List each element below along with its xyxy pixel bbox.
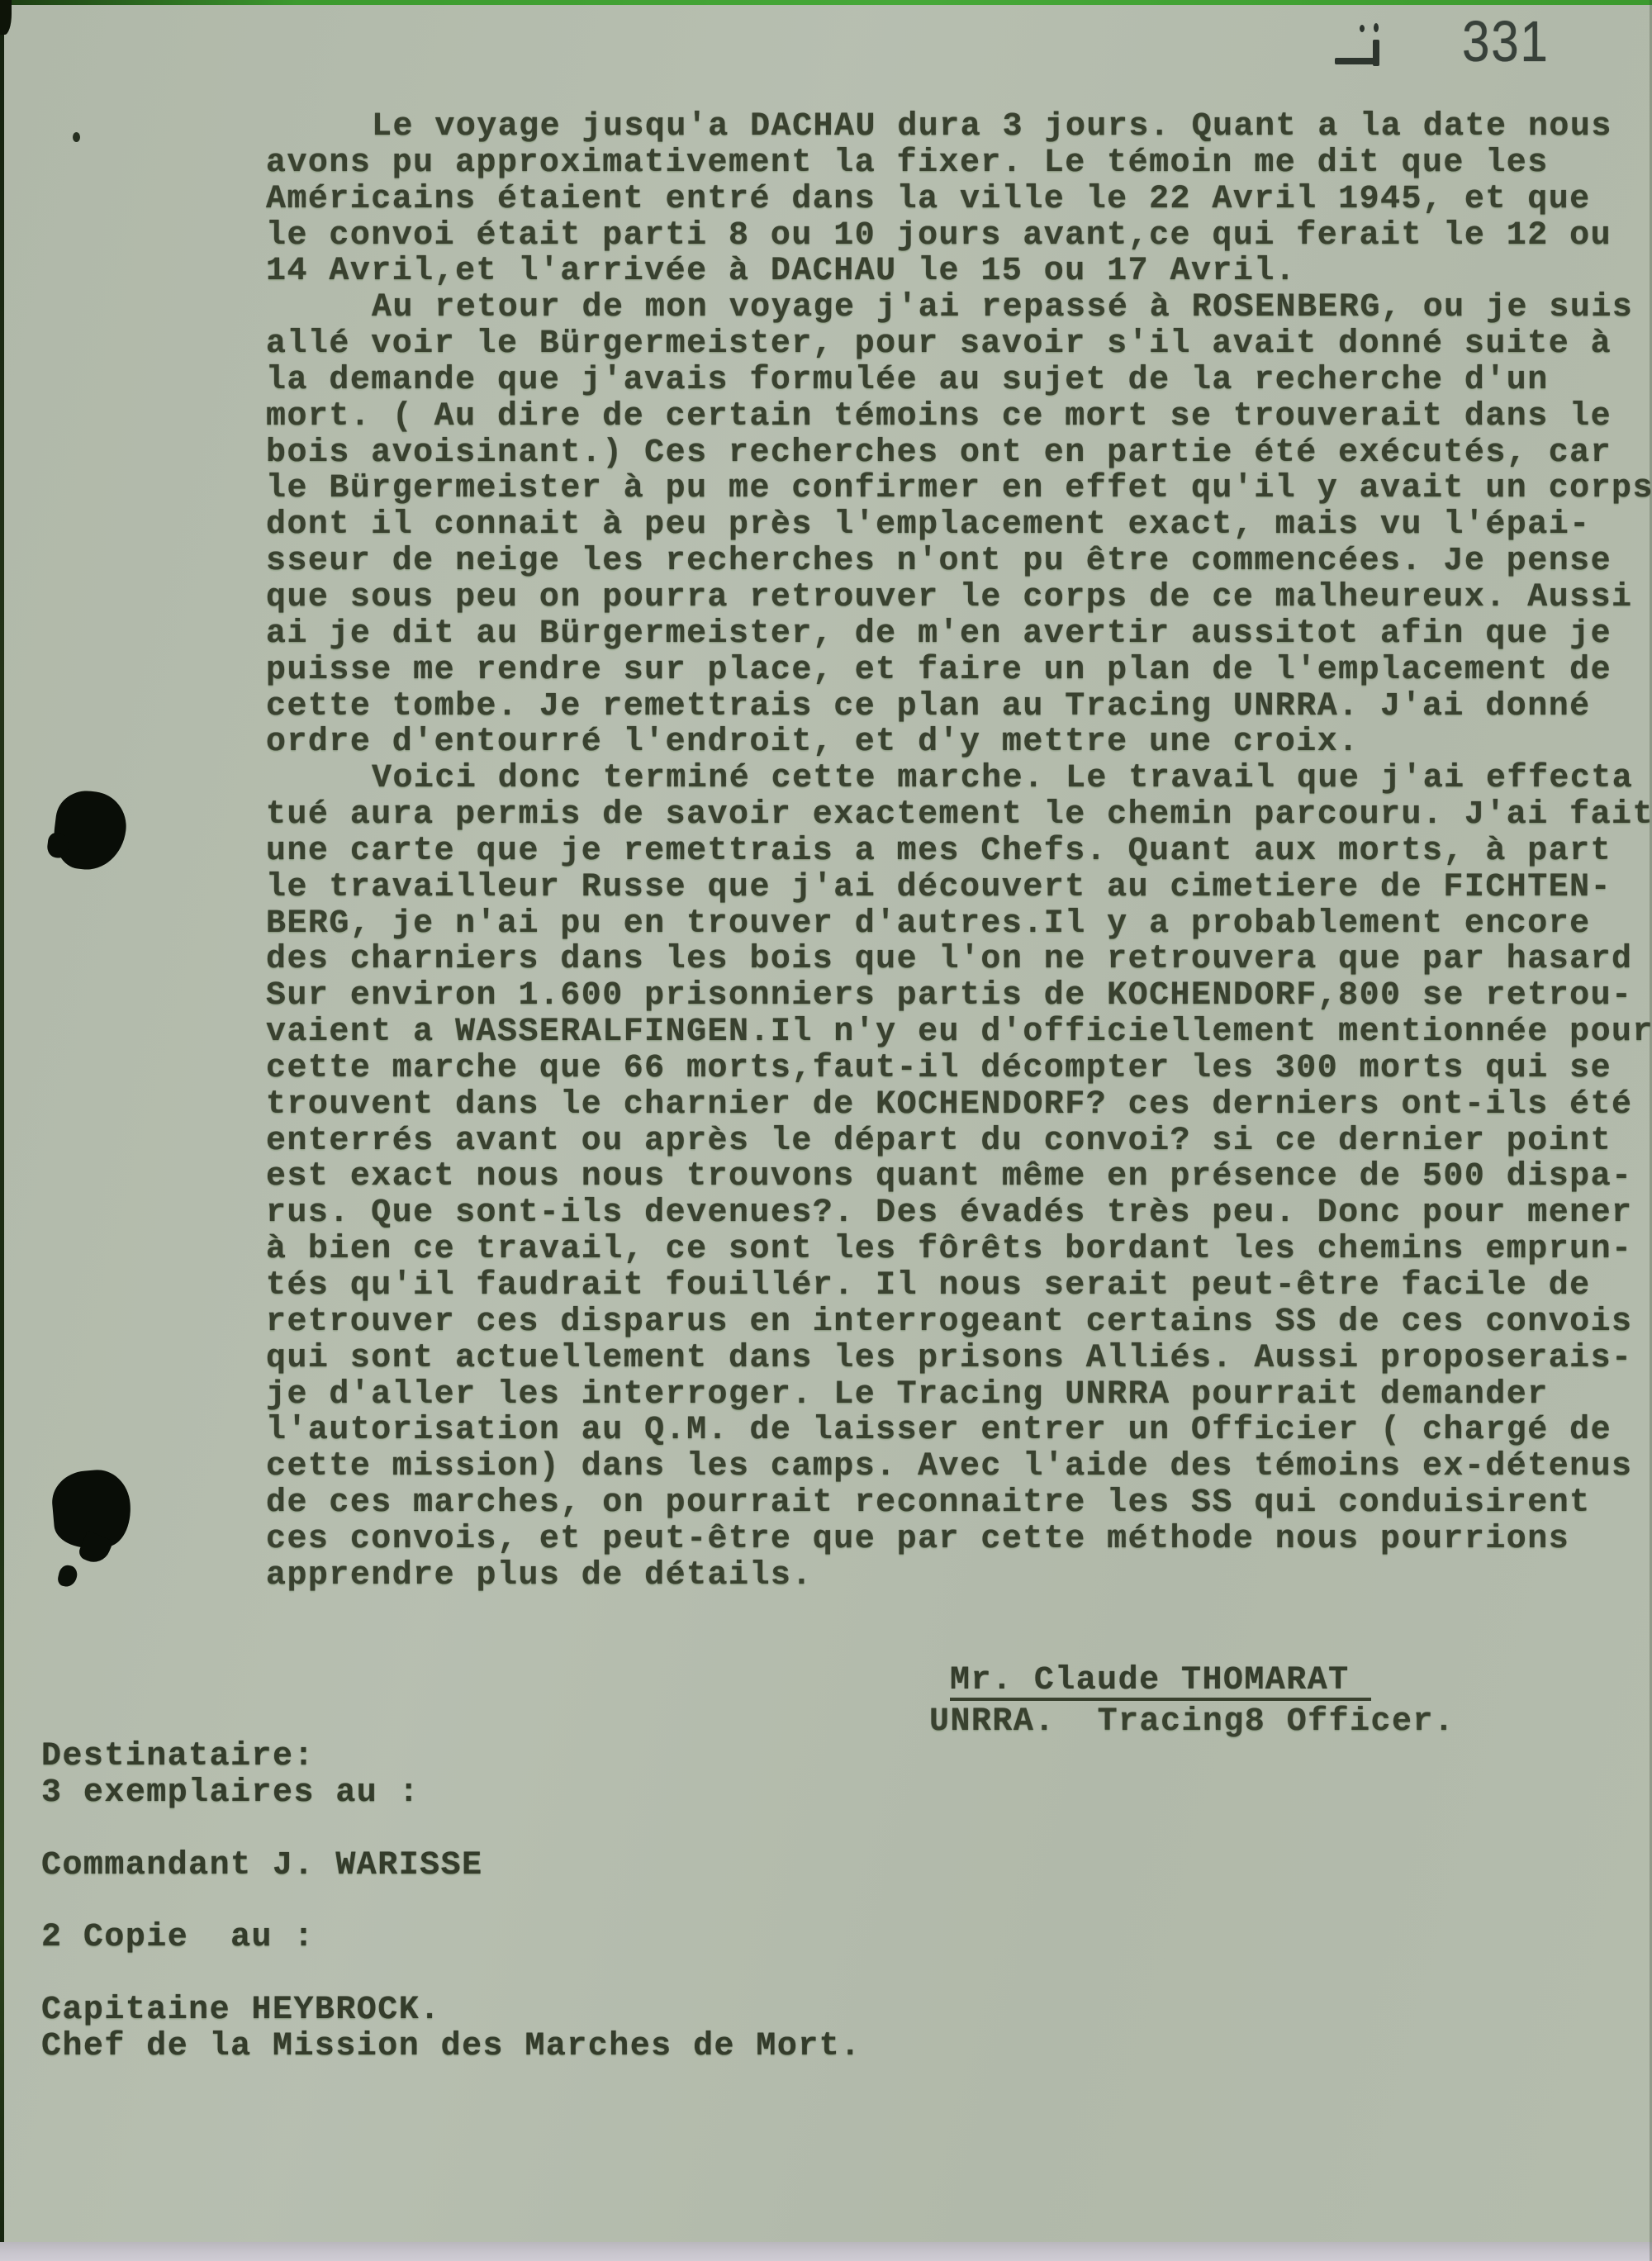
letter-body-line: ai je dit au Bürgermeister, de m'en aver… [266, 615, 1652, 652]
letter-body: Le voyage jusqu'a DACHAU dura 3 jours. Q… [266, 108, 1652, 1594]
letter-body-line: rus. Que sont-ils devenues?. Des évadés … [266, 1195, 1652, 1231]
handwritten-mark-dot [1360, 25, 1365, 32]
letter-body-line: de ces marches, on pourrait reconnaitre … [266, 1484, 1652, 1521]
letter-body-line: retrouver ces disparus en interrogeant c… [266, 1304, 1652, 1340]
letter-body-line: cette marche que 66 morts,faut-il décomp… [266, 1050, 1652, 1086]
letter-body-line: 14 Avril,et l'arrivée à DACHAU le 15 ou … [266, 253, 1652, 289]
letter-body-line: Le voyage jusqu'a DACHAU dura 3 jours. Q… [266, 108, 1652, 145]
letter-body-line: le travailleur Russe que j'ai découvert … [266, 869, 1652, 905]
letter-body-line: cette tombe. Je remettrais ce plan au Tr… [266, 688, 1652, 724]
letter-body-line: Américains étaient entré dans la ville l… [266, 181, 1652, 217]
distribution-line [41, 1811, 862, 1847]
distribution-line [41, 1883, 862, 1919]
letter-body-line: le convoi était parti 8 ou 10 jours avan… [266, 217, 1652, 254]
letter-body-line: qui sont actuellement dans les prisons A… [266, 1340, 1652, 1376]
letter-body-line: puisse me rendre sur place, et faire un … [266, 652, 1652, 688]
distribution-line: 3 exemplaires au : [41, 1774, 862, 1811]
handwritten-mark-bar [1335, 58, 1378, 64]
letter-body-line: ordre d'entourré l'endroit, et d'y mettr… [266, 724, 1652, 760]
scan-corner-top-left [0, 0, 12, 35]
letter-body-line: enterrés avant ou après le départ du con… [266, 1123, 1652, 1159]
letter-body-line: la demande que j'avais formulée au sujet… [266, 362, 1652, 398]
letter-body-line: avons pu approximativement la fixer. Le … [266, 145, 1652, 181]
letter-body-line: apprendre plus de détails. [266, 1557, 1652, 1594]
handwritten-mark-tick [1373, 40, 1379, 66]
distribution-line: Capitaine HEYBROCK. [41, 1992, 862, 2028]
distribution-line: 2 Copie au : [41, 1919, 862, 1955]
ink-blot [50, 1467, 134, 1551]
distribution-line: Chef de la Mission des Marches de Mort. [41, 2028, 862, 2064]
document-page: 331 Le voyage jusqu'a DACHAU dura 3 jour… [0, 0, 1652, 2261]
signature-title: UNRRA. Tracing8 Officer. [929, 1703, 1455, 1741]
handwritten-mark-dot [1374, 23, 1379, 32]
letter-body-line: que sous peu on pourra retrouver le corp… [266, 579, 1652, 615]
letter-body-line: Au retour de mon voyage j'ai repassé à R… [266, 289, 1652, 325]
handwritten-mark [1330, 20, 1429, 73]
letter-body-line: ces convois, et peut-être que par cette … [266, 1521, 1652, 1557]
letter-body-line: est exact nous nous trouvons quant même … [266, 1158, 1652, 1195]
page-number: 331 [1462, 8, 1550, 74]
letter-body-line: une carte que je remettrais a mes Chefs.… [266, 833, 1652, 869]
letter-body-line: Voici donc terminé cette marche. Le trav… [266, 760, 1652, 796]
distribution-line: Destinataire: [41, 1738, 862, 1774]
signature-name: Mr. Claude THOMARAT [950, 1662, 1371, 1701]
letter-body-line: sseur de neige les recherches n'ont pu ê… [266, 543, 1652, 579]
ink-blot [50, 787, 131, 874]
letter-body-line: mort. ( Au dire de certain témoins ce mo… [266, 398, 1652, 435]
letter-body-line: allé voir le Bürgermeister, pour savoir … [266, 325, 1652, 362]
letter-body-line: l'autorisation au Q.M. de laisser entrer… [266, 1412, 1652, 1448]
letter-body-line: le Bürgermeister à pu me confirmer en ef… [266, 470, 1652, 506]
distribution-line [41, 1955, 862, 1992]
letter-body-line: trouvent dans le charnier de KOCHENDORF?… [266, 1086, 1652, 1123]
letter-body-line: BERG, je n'ai pu en trouver d'autres.Il … [266, 905, 1652, 942]
letter-body-line: cette mission) dans les camps. Avec l'ai… [266, 1448, 1652, 1484]
letter-body-line: tés qu'il faudrait fouillér. Il nous ser… [266, 1267, 1652, 1304]
letter-body-line: je d'aller les interroger. Le Tracing UN… [266, 1376, 1652, 1413]
scan-edge-left [0, 0, 4, 2261]
letter-body-line: Sur environ 1.600 prisonniers partis de … [266, 977, 1652, 1014]
scan-edge-top [0, 0, 1652, 5]
letter-body-line: bois avoisinant.) Ces recherches ont en … [266, 435, 1652, 471]
letter-body-line: des charniers dans les bois que l'on ne … [266, 941, 1652, 977]
letter-body-line: vaient a WASSERALFINGEN.Il n'y eu d'offi… [266, 1014, 1652, 1050]
ink-speck [73, 132, 80, 142]
distribution-line: Commandant J. WARISSE [41, 1847, 862, 1883]
signature-block: Mr. Claude THOMARAT UNRRA. Tracing8 Offi… [950, 1662, 1475, 1741]
letter-body-line: tué aura permis de savoir exactement le … [266, 796, 1652, 833]
distribution-block: Destinataire:3 exemplaires au : Commanda… [41, 1738, 862, 2064]
scan-edge-bottom [0, 2242, 1652, 2261]
letter-body-line: à bien ce travail, ce sont les fôrêts bo… [266, 1231, 1652, 1267]
letter-body-line: dont il connait à peu près l'emplacement… [266, 506, 1652, 543]
